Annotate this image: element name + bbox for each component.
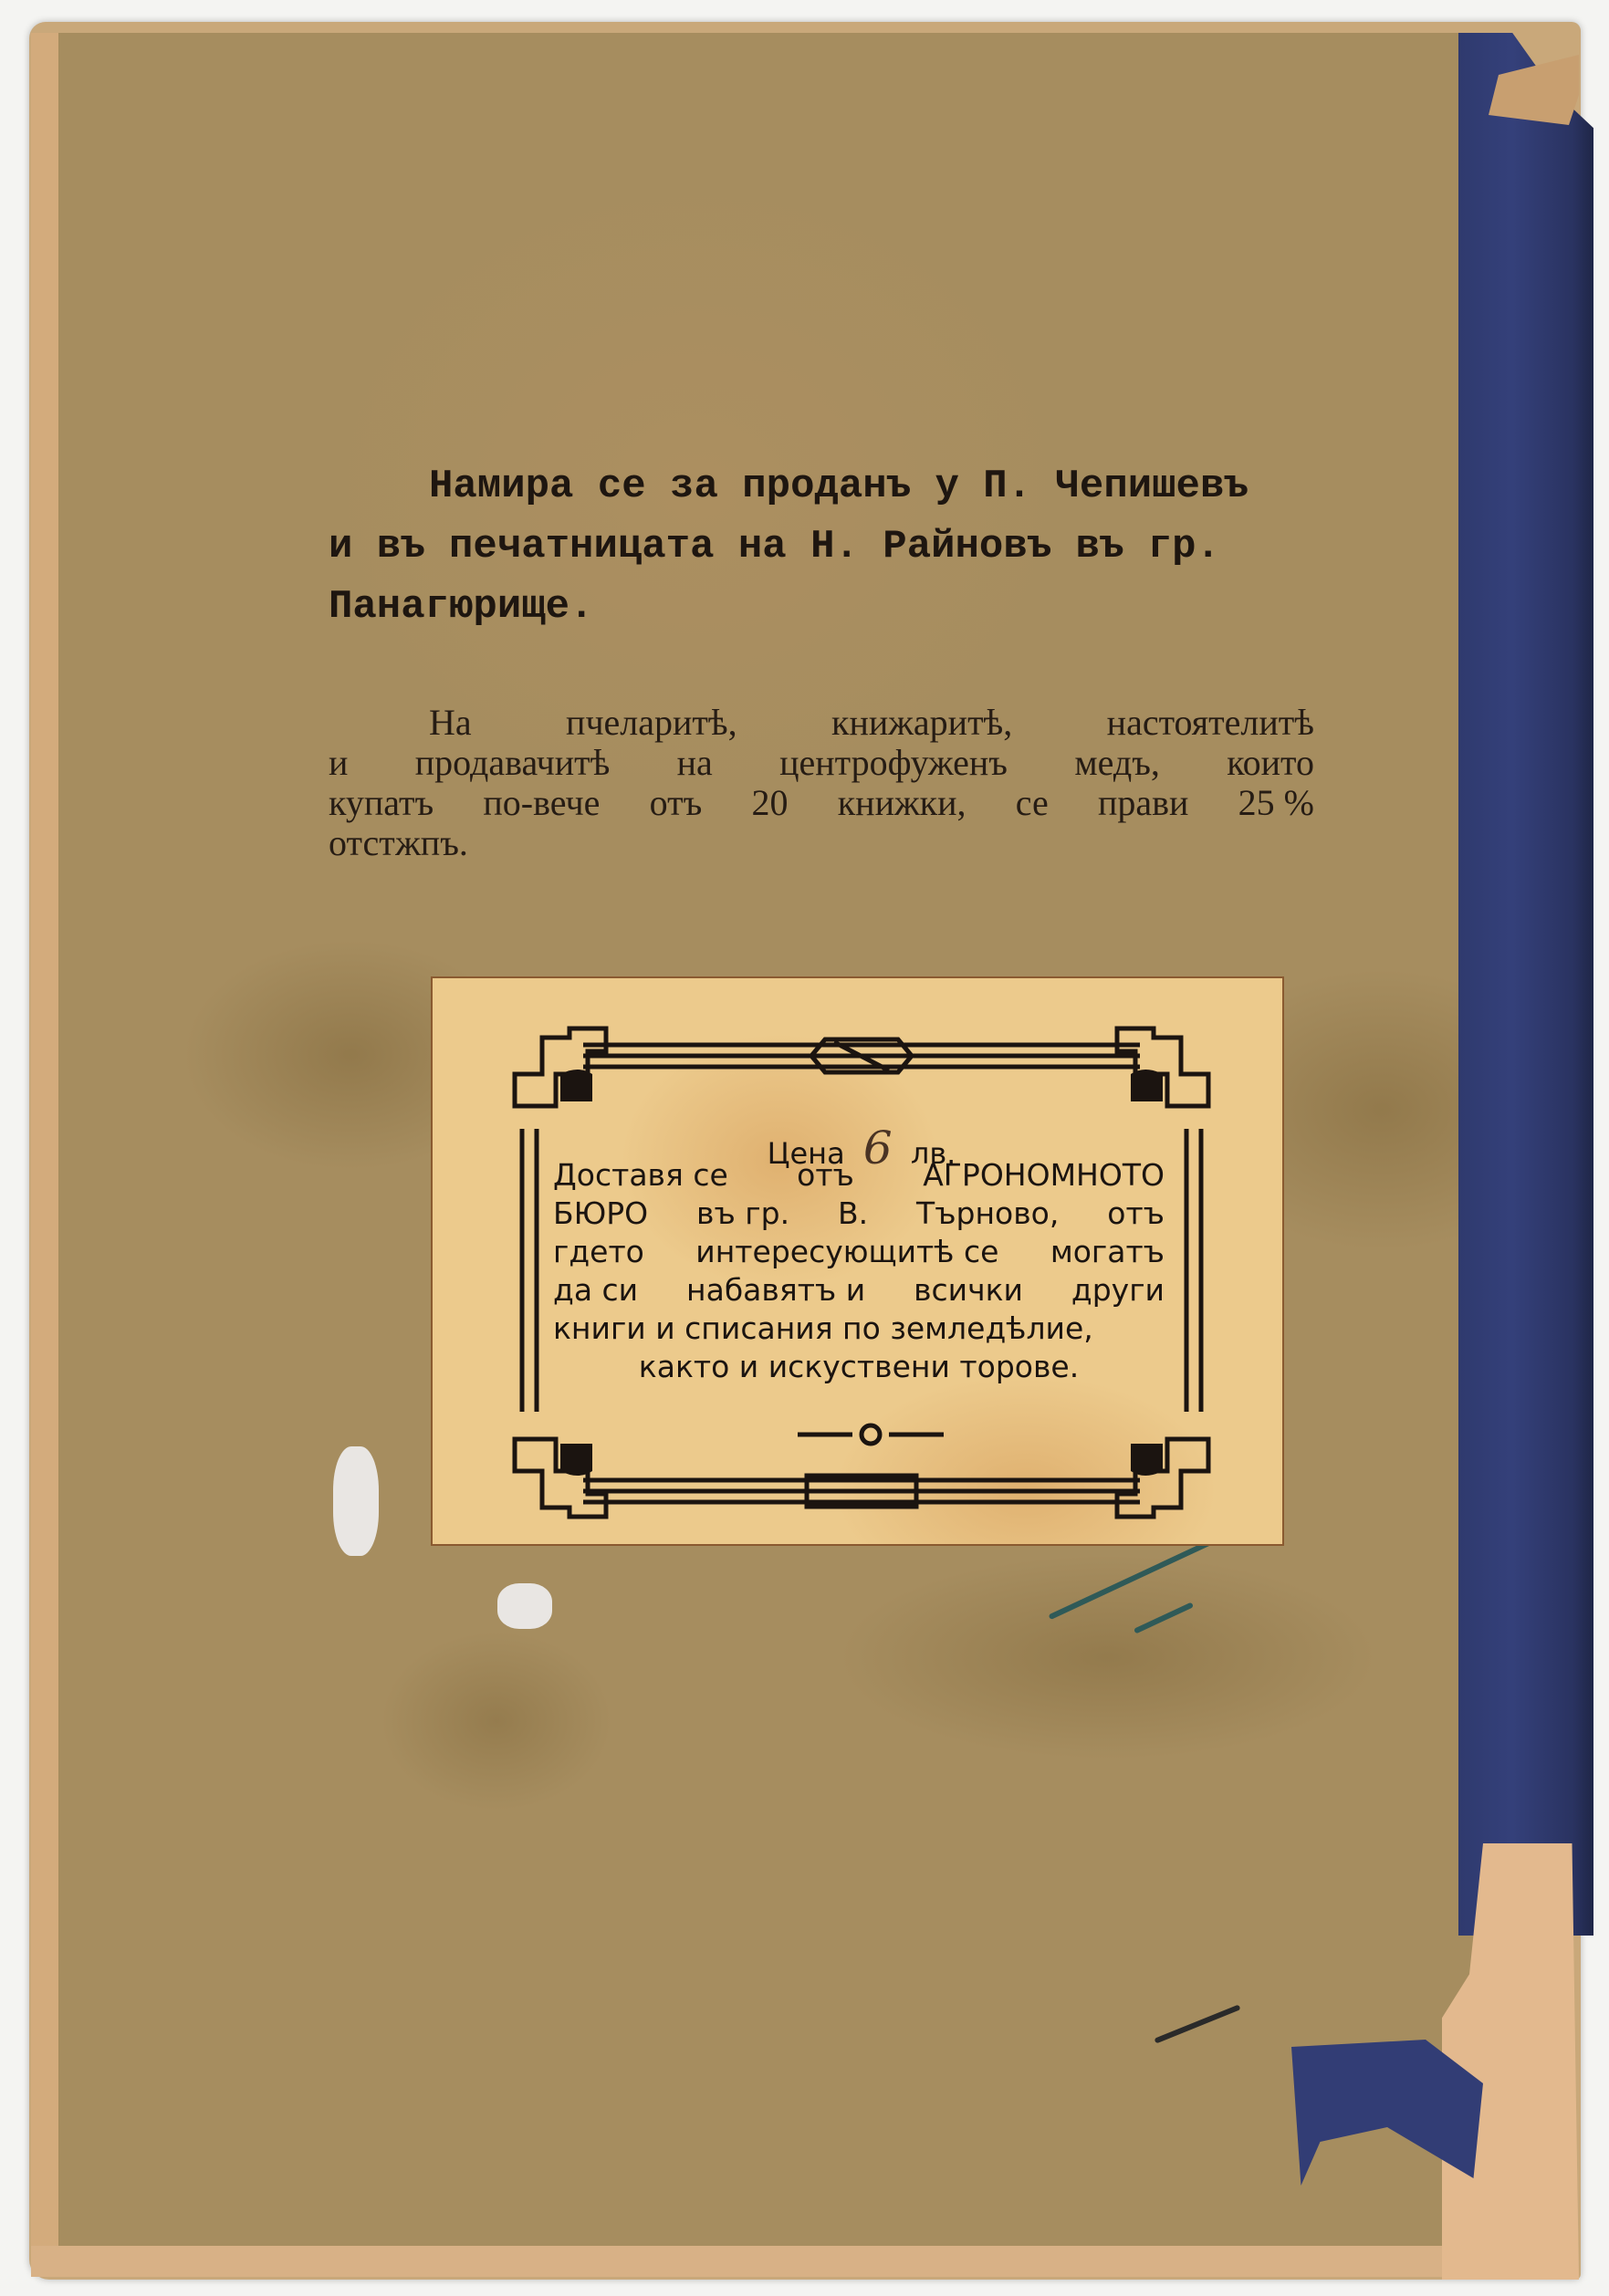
discount-line: и продавачитѣ на центрофуженъ медъ, коит…: [329, 743, 1314, 783]
sale-notice: Намира се за проданъ у П. Чепишевъ и въ …: [329, 456, 1314, 637]
discount-notice: На пчеларитѣ, книжаритѣ, настоятелитѣ и …: [329, 703, 1314, 863]
label-line: БЮРО въ гр. В. Търново, отъ: [553, 1195, 1165, 1233]
cloth-spine: [1458, 33, 1593, 1936]
discount-line: На пчеларитѣ, книжаритѣ, настоятелитѣ: [329, 703, 1314, 743]
discount-line: купатъ по-вече отъ 20 книжки, се прави 2…: [329, 783, 1314, 823]
label-line: Доставя се отъ АГРОНОМНОТО: [553, 1156, 1165, 1195]
paper-damage-spot: [497, 1583, 552, 1629]
label-line: както и искуствени торове.: [553, 1348, 1165, 1386]
label-text: Доставя се отъ АГРОНОМНОТО БЮРО въ гр. В…: [553, 1156, 1165, 1386]
price-label-sticker: Цена 6 лв. Доставя се отъ АГРОНОМНОТО БЮ…: [431, 976, 1284, 1546]
inner-page-edge-left: [31, 33, 58, 2246]
paper-damage-spot: [333, 1446, 379, 1556]
discount-line: отстжпъ.: [329, 823, 1314, 863]
sale-line: Панагюрище.: [329, 577, 1314, 637]
label-line: да си набавятъ и всички други: [553, 1271, 1165, 1310]
sale-line: и въ печатницата на Н. Райновъ въ гр.: [329, 517, 1314, 577]
inner-page-edge-bottom: [31, 2246, 1482, 2277]
label-line: книги и списания по земледѣлие,: [553, 1310, 1165, 1348]
sale-line: Намира се за проданъ у П. Чепишевъ: [329, 456, 1314, 517]
label-line: гдето интересующитѣ се могатъ: [553, 1233, 1165, 1271]
